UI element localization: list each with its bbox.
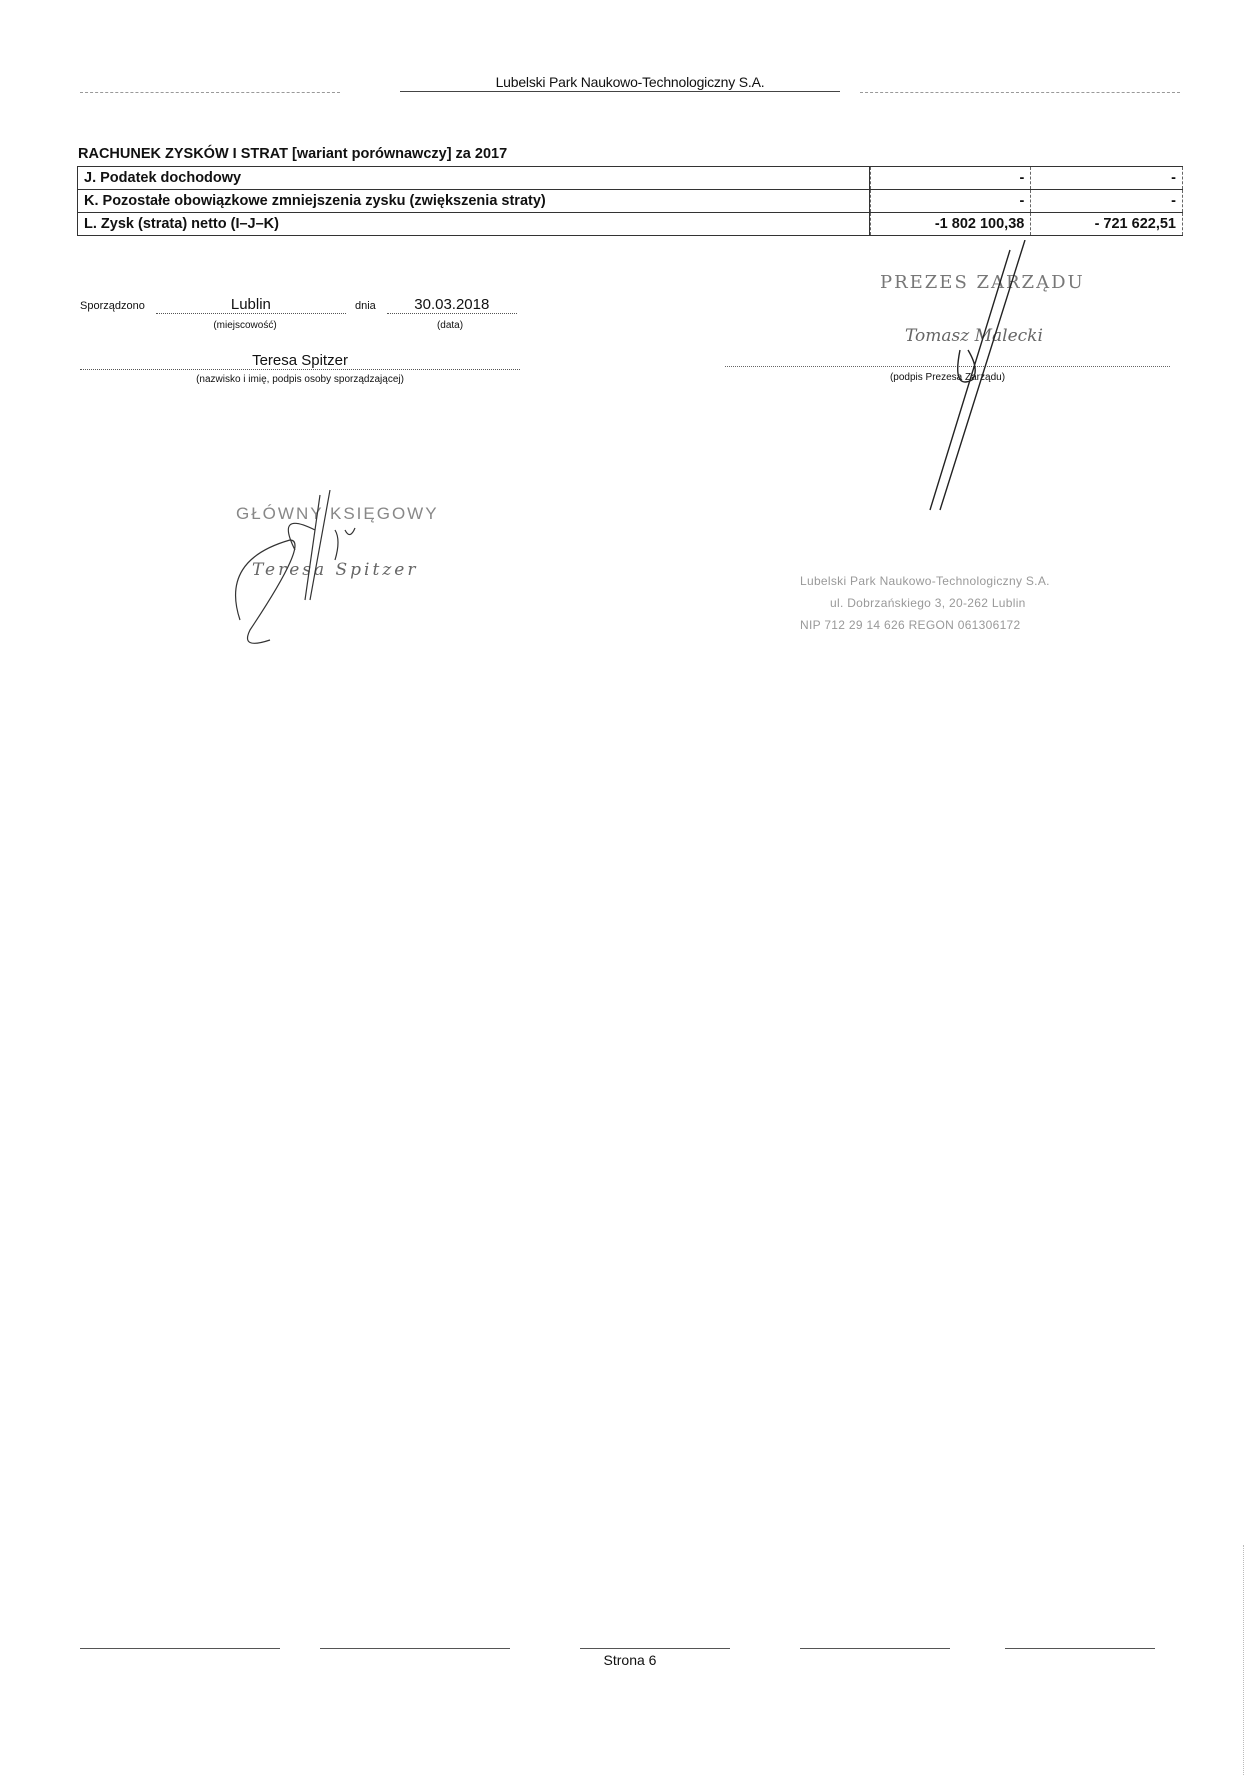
previous-year-value: - 721 622,51 (1031, 213, 1183, 236)
row-label: K. Pozostałe obowiązkowe zmniejszenia zy… (78, 190, 870, 213)
page-number: Strona 6 (0, 1652, 1260, 1668)
company-stamp-line3: NIP 712 29 14 626 REGON 061306172 (800, 618, 1021, 632)
header-rule (400, 91, 840, 92)
accountant-signature-icon (220, 490, 420, 650)
row-label: L. Zysk (strata) netto (I–J–K) (78, 213, 870, 236)
income-statement-table: J. Podatek dochodowy - - K. Pozostałe ob… (77, 166, 1183, 236)
footer-rule (580, 1648, 730, 1649)
footer-rule (320, 1648, 510, 1649)
header-rule-left (80, 92, 340, 93)
table-row: J. Podatek dochodowy - - (78, 167, 1183, 190)
previous-year-value: - (1031, 167, 1183, 190)
footer-rule (80, 1648, 280, 1649)
place-caption: (miejscowość) (185, 320, 305, 331)
footer-rule (800, 1648, 950, 1649)
table-row: K. Pozostałe obowiązkowe zmniejszenia zy… (78, 190, 1183, 213)
president-signature-icon (900, 240, 1040, 520)
prepared-line: Sporządzono Lublin dnia 30.03.2018 (80, 296, 517, 314)
header-rule-right (860, 92, 1180, 93)
current-year-value: - (871, 167, 1031, 190)
header-company-name: Lubelski Park Naukowo-Technologiczny S.A… (0, 74, 1260, 90)
day-label: dnia (355, 300, 376, 312)
date-caption: (data) (400, 320, 500, 331)
date-field: 30.03.2018 (387, 296, 517, 314)
previous-year-value: - (1031, 190, 1183, 213)
statement-title: RACHUNEK ZYSKÓW I STRAT [wariant porówna… (78, 146, 507, 162)
preparer-name-field: Teresa Spitzer (80, 352, 520, 370)
current-year-value: - (871, 190, 1031, 213)
table-row: L. Zysk (strata) netto (I–J–K) -1 802 10… (78, 213, 1183, 236)
current-year-value: -1 802 100,38 (871, 213, 1031, 236)
footer-rule (1005, 1648, 1155, 1649)
preparer-caption: (nazwisko i imię, podpis osoby sporządza… (80, 374, 520, 385)
company-stamp-line1: Lubelski Park Naukowo-Technologiczny S.A… (800, 574, 1050, 588)
row-label: J. Podatek dochodowy (78, 167, 870, 190)
company-stamp-line2: ul. Dobrzańskiego 3, 20-262 Lublin (830, 596, 1026, 610)
prepared-label: Sporządzono (80, 300, 145, 312)
place-field: Lublin (156, 296, 346, 314)
